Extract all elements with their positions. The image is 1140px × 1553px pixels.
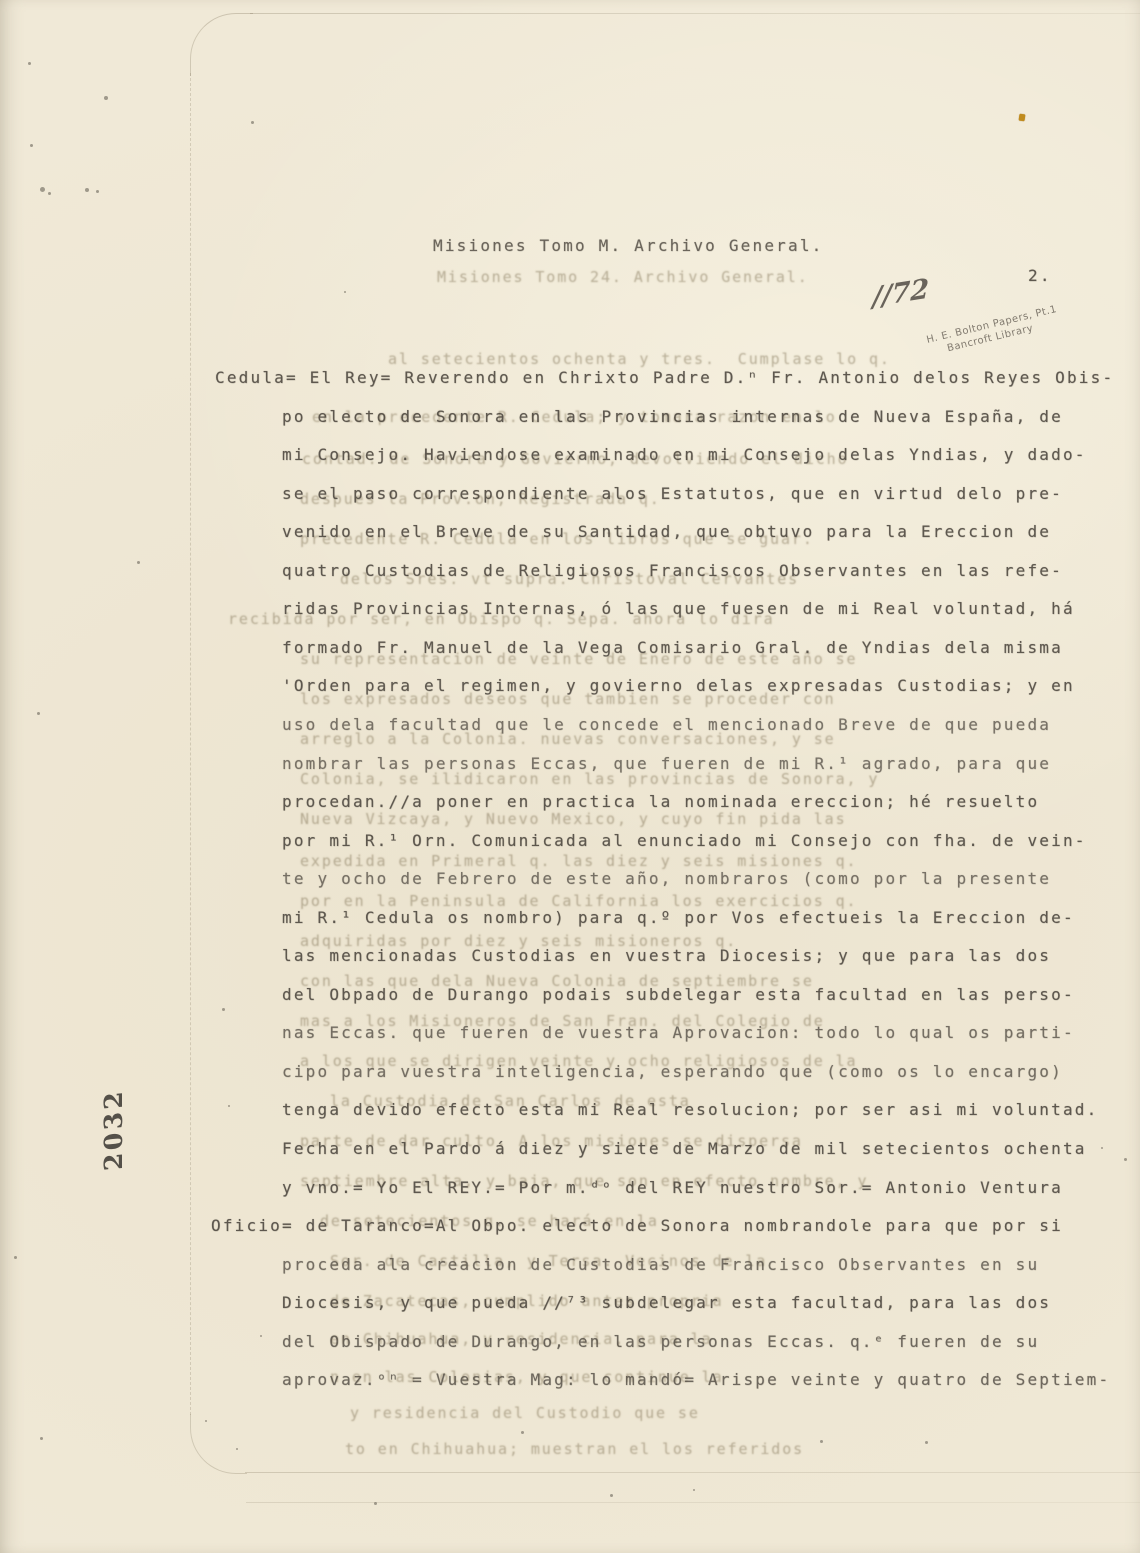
- paper-speck: [925, 1441, 928, 1444]
- paper-speck: [251, 121, 254, 124]
- paper-speck: [344, 291, 346, 293]
- paper-speck: [222, 1008, 225, 1011]
- text-line: venido en el Breve de su Santidad, que o…: [282, 522, 1051, 542]
- text-line: Diocesis, y que pueda //⁷³ subdelegar es…: [282, 1293, 1051, 1313]
- text-line: del Obispado de Durango, en las personas…: [282, 1332, 1039, 1352]
- page-outline-left-edge: [190, 73, 191, 1415]
- text-line: ridas Provincias Internas, ó las que fue…: [282, 599, 1075, 619]
- bleedthrough-line: expedida en Primeral q. las diez y seis …: [300, 852, 857, 870]
- paper-speck: [96, 190, 99, 193]
- page-number: 2.: [1028, 266, 1052, 286]
- margin-annotation-vertical: 2032: [99, 1047, 128, 1172]
- paper-speck: [228, 1105, 230, 1107]
- text-line: po electo de Sonora en las Provincias in…: [282, 407, 1063, 427]
- paper-speck: [137, 561, 140, 564]
- paper-speck: [693, 1489, 695, 1491]
- text-line: cipo para vuestra inteligencia, esperand…: [282, 1062, 1063, 1082]
- text-line: procedan.//a poner en practica la nomina…: [282, 792, 1039, 812]
- paper-speck: [30, 144, 33, 147]
- paper-speck: [236, 1448, 238, 1450]
- text-line: mi Consejo. Haviendose examinado en mi C…: [282, 445, 1087, 465]
- bleedthrough-line: al setecientos ochenta y tres. Cumplase …: [388, 350, 891, 368]
- page-outline-bottom-edge: [245, 1472, 1140, 1473]
- orange-paper-fleck: [1019, 114, 1026, 122]
- paper-speck: [260, 1335, 262, 1337]
- pencil-stamp: H. E. Bolton Papers, Pt.1 Bancroft Libra…: [925, 295, 1096, 360]
- paper-speck: [14, 1256, 17, 1259]
- text-line: tenga devido efecto esta mi Real resoluc…: [282, 1100, 1098, 1120]
- text-line: 'Orden para el regimen, y govierno delas…: [282, 676, 1075, 696]
- text-line: por mi R.¹ Orn. Comunicada al enunciado …: [282, 831, 1087, 851]
- text-line: del Obpado de Durango podais subdelegar …: [282, 985, 1075, 1005]
- paper-speck: [205, 1420, 207, 1422]
- bleedthrough-line: y residencia del Custodio que se: [350, 1404, 700, 1422]
- paper-speck: [85, 188, 89, 192]
- text-line: mi R.¹ Cedula os nombro) para q.º por Vo…: [282, 908, 1075, 928]
- paper-speck: [374, 1502, 377, 1505]
- paper-speck: [40, 187, 45, 192]
- text-line: se el paso correspondiente alos Estatuto…: [282, 484, 1063, 504]
- text-line: uso dela facultad que le concede el menc…: [282, 715, 1051, 735]
- paper-speck: [40, 1437, 43, 1440]
- page-outline-top-edge: [250, 13, 1140, 14]
- bleedthrough-line: to en Chihuahua; muestran el los referid…: [345, 1440, 804, 1458]
- bleedthrough-line: Misiones Tomo 24. Archivo General.: [437, 268, 809, 286]
- text-line: proceda ala creacion de Custodias de Fra…: [282, 1255, 1039, 1275]
- text-line: quatro Custodias de Religiosos Francisco…: [282, 561, 1063, 581]
- bleedthrough-line: Nueva Vizcaya, y Nuevo Mexico, y cuyo fi…: [300, 810, 847, 828]
- paper-speck: [37, 712, 40, 715]
- text-line: Cedula= El Rey= Reverendo en Chrixto Pad…: [215, 368, 1114, 388]
- paper-speck: [820, 1440, 823, 1443]
- text-line: nas Eccas. que fueren de vuestra Aprovac…: [282, 1023, 1075, 1043]
- text-line: y vno.= Yo El REY.= Por m.ᵈᵒ del REY nue…: [282, 1178, 1063, 1198]
- paper-speck: [104, 96, 108, 100]
- text-line: las mencionadas Custodias en vuestra Dio…: [282, 946, 1051, 966]
- document-scan-page: Misiones Tomo 24. Archivo General.al set…: [0, 0, 1140, 1553]
- text-line: formado Fr. Manuel de la Vega Comisario …: [282, 638, 1063, 658]
- paper-speck: [28, 62, 31, 65]
- text-line: Oficio= de Taranco=Al Obpo. electo de So…: [211, 1216, 1063, 1236]
- page-outline-corner-top-left: [190, 13, 253, 76]
- page-outline-corner-bottom-left: [190, 1414, 247, 1474]
- paper-speck: [610, 1494, 613, 1497]
- paper-speck: [1124, 1158, 1127, 1161]
- text-line: aprovaz.ᵒⁿ = Vuestra Mag: lo mandó= Aris…: [282, 1370, 1110, 1390]
- text-line: te y ocho de Febrero de este año, nombra…: [282, 869, 1051, 889]
- folio-mark-handwritten: //72: [872, 273, 929, 313]
- text-line: Fecha en el Pardo á diez y siete de Marz…: [282, 1139, 1087, 1159]
- paper-speck: [521, 1431, 524, 1434]
- archive-header: Misiones Tomo M. Archivo General.: [433, 236, 823, 256]
- page-outline-bottom-edge-2: [246, 1502, 1140, 1503]
- paper-speck: [48, 192, 51, 195]
- paper-speck: [1101, 1147, 1103, 1149]
- text-line: nombrar las personas Eccas, que fueren d…: [282, 754, 1051, 774]
